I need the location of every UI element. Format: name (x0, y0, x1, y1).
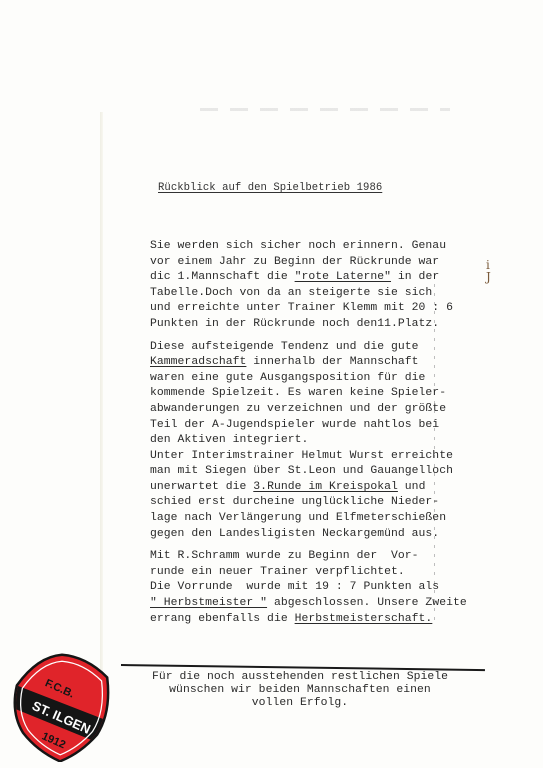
text-run: dic 1.Mannschaft die (150, 271, 295, 283)
text-line: Teil der A-Jugendspieler wurde nahtlos b… (150, 418, 490, 434)
paragraph: Diese aufsteigende Tendenz und die guteK… (150, 340, 490, 449)
paragraph: Unter Interimstrainer Helmut Wurst errei… (150, 449, 490, 543)
text-run: Mit R.Schramm wurde zu Beginn der Vor- (150, 550, 419, 562)
closing-line: Für die noch ausstehenden restlichen Spi… (150, 671, 450, 684)
text-line: Unter Interimstrainer Helmut Wurst errei… (150, 449, 490, 465)
text-run: Die Vorrunde wurde mit 19 : 7 Punkten al… (150, 581, 439, 593)
text-run: man mit Siegen über St.Leon und Gauangel… (150, 465, 453, 477)
closing-wish: Für die noch ausstehenden restlichen Spi… (150, 671, 450, 709)
underlined-phrase: "rote Laterne" (295, 271, 391, 283)
text-run: runde ein neuer Trainer verpflichtet. (150, 566, 405, 578)
underlined-phrase: Herbstmeisterschaft. (295, 613, 433, 625)
paragraph: Sie werden sich sicher noch erinnern. Ge… (150, 239, 490, 333)
text-run: vor einem Jahr zu Beginn der Rückrunde w… (150, 256, 439, 268)
text-line: lage nach Verlängerung und Elfmeterschie… (150, 511, 490, 527)
text-line: schied erst durcheine unglückliche Niede… (150, 495, 490, 511)
text-line: vor einem Jahr zu Beginn der Rückrunde w… (150, 255, 490, 271)
text-run: schied erst durcheine unglückliche Niede… (150, 496, 439, 508)
text-line: errang ebenfalls die Herbstmeisterschaft… (150, 612, 490, 628)
text-line: Diese aufsteigende Tendenz und die gute (150, 340, 490, 356)
text-run: errang ebenfalls die (150, 613, 295, 625)
text-line: Kammeradschaft innerhalb der Mannschaft (150, 355, 490, 371)
text-line: den Aktiven integriert. (150, 433, 490, 449)
scan-smudge (200, 108, 450, 111)
text-line: dic 1.Mannschaft die "rote Laterne" in d… (150, 270, 490, 286)
text-line: Mit R.Schramm wurde zu Beginn der Vor- (150, 549, 490, 565)
text-run: kommende Spielzeit. Es waren keine Spiel… (150, 387, 446, 399)
scanned-page: Rückblick auf den Spielbetrieb 1986 Sie … (0, 0, 543, 768)
text-line: Sie werden sich sicher noch erinnern. Ge… (150, 239, 490, 255)
text-line: Tabelle.Doch von da an steigerte sie sic… (150, 286, 490, 302)
text-run: lage nach Verlängerung und Elfmeterschie… (150, 512, 446, 524)
text-run: gegen den Landesligisten Neckargemünd au… (150, 528, 439, 540)
text-run: Tabelle.Doch von da an steigerte sie sic… (150, 287, 432, 299)
club-crest-logo: F.C.B. ST. ILGEN 1912 (8, 652, 116, 762)
text-run: Punkten in der Rückrunde noch den11.Plat… (150, 318, 439, 330)
closing-line: wünschen wir beiden Mannschaften einen (150, 684, 450, 697)
handwritten-margin-mark: i J (486, 259, 491, 283)
text-run: und erreichte unter Trainer Klemm mit 20… (150, 302, 453, 314)
text-run: und (398, 481, 426, 493)
text-line: gegen den Landesligisten Neckargemünd au… (150, 527, 490, 543)
text-line: unerwartet die 3.Runde im Kreispokal und (150, 480, 490, 496)
text-run: Sie werden sich sicher noch erinnern. Ge… (150, 240, 446, 252)
text-line: Die Vorrunde wurde mit 19 : 7 Punkten al… (150, 580, 490, 596)
text-line: abwanderungen zu verzeichnen und der grö… (150, 402, 490, 418)
text-line: " Herbstmeister " abgeschlossen. Unsere … (150, 596, 490, 612)
text-line: runde ein neuer Trainer verpflichtet. (150, 565, 490, 581)
underlined-phrase: " Herbstmeister " (150, 597, 267, 609)
underlined-phrase: 3.Runde im Kreispokal (253, 481, 398, 493)
typed-letter: Rückblick auf den Spielbetrieb 1986 Sie … (150, 150, 490, 740)
closing-line: vollen Erfolg. (150, 697, 450, 710)
document-title: Rückblick auf den Spielbetrieb 1986 (158, 181, 490, 197)
paragraph: Mit R.Schramm wurde zu Beginn der Vor-ru… (150, 549, 490, 627)
text-run: Teil der A-Jugendspieler wurde nahtlos b… (150, 419, 439, 431)
text-run: Diese aufsteigende Tendenz und die gute (150, 341, 419, 353)
text-run: abgeschlossen. Unsere Zweite (267, 597, 467, 609)
text-line: und erreichte unter Trainer Klemm mit 20… (150, 301, 490, 317)
document-body: Sie werden sich sicher noch erinnern. Ge… (150, 239, 490, 627)
text-line: waren eine gute Ausgangsposition für die (150, 371, 490, 387)
text-line: man mit Siegen über St.Leon und Gauangel… (150, 464, 490, 480)
text-run: Unter Interimstrainer Helmut Wurst errei… (150, 450, 453, 462)
text-line: kommende Spielzeit. Es waren keine Spiel… (150, 386, 490, 402)
text-run: in der (391, 271, 439, 283)
text-line: Punkten in der Rückrunde noch den11.Plat… (150, 317, 490, 333)
paper-edge (100, 112, 103, 672)
text-run: den Aktiven integriert. (150, 434, 308, 446)
underlined-phrase: Kammeradschaft (150, 356, 246, 368)
text-run: abwanderungen zu verzeichnen und der grö… (150, 403, 446, 415)
text-run: innerhalb der Mannschaft (246, 356, 418, 368)
text-run: waren eine gute Ausgangsposition für die (150, 372, 425, 384)
text-run: unerwartet die (150, 481, 253, 493)
